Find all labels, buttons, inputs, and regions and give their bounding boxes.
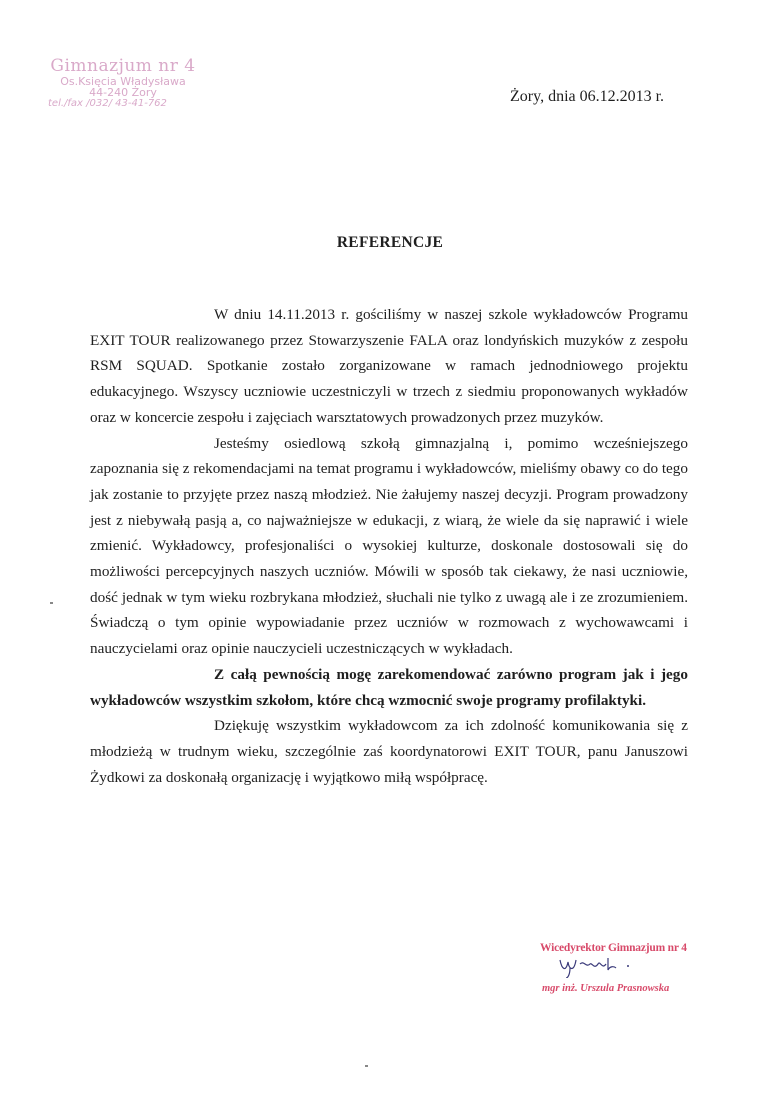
scan-speck: [50, 602, 53, 604]
paragraph-thanks: Dziękuję wszystkim wykładowcom za ich zd…: [90, 713, 688, 790]
paragraph-school: Jesteśmy osiedlową szkołą gimnazjalną i,…: [90, 431, 688, 662]
letter-body: W dniu 14.11.2013 r. gościliśmy w naszej…: [90, 302, 688, 790]
signature-block: Wicedyrektor Gimnazjum nr 4 mgr inż. Urs…: [540, 942, 700, 994]
paragraph-visit: W dniu 14.11.2013 r. gościliśmy w naszej…: [90, 302, 688, 431]
paragraph-recommendation: Z całą pewnością mogę zarekomendować zar…: [90, 662, 688, 713]
handwritten-signature-icon: [556, 954, 646, 978]
stamp-phone: tel./fax /032/ 43-41-762: [48, 99, 198, 110]
school-stamp: Gimnazjum nr 4 Os.Księcia Władysława 44-…: [48, 58, 198, 109]
document-title: REFERENCJE: [0, 234, 780, 252]
scan-speck: [365, 1065, 368, 1067]
stamp-school-name: Gimnazjum nr 4: [48, 58, 198, 76]
signature-role: Wicedyrektor Gimnazjum nr 4: [540, 942, 700, 954]
signature-name: mgr inż. Urszula Prasnowska: [542, 983, 700, 994]
date-line: Żory, dnia 06.12.2013 r.: [510, 88, 664, 106]
